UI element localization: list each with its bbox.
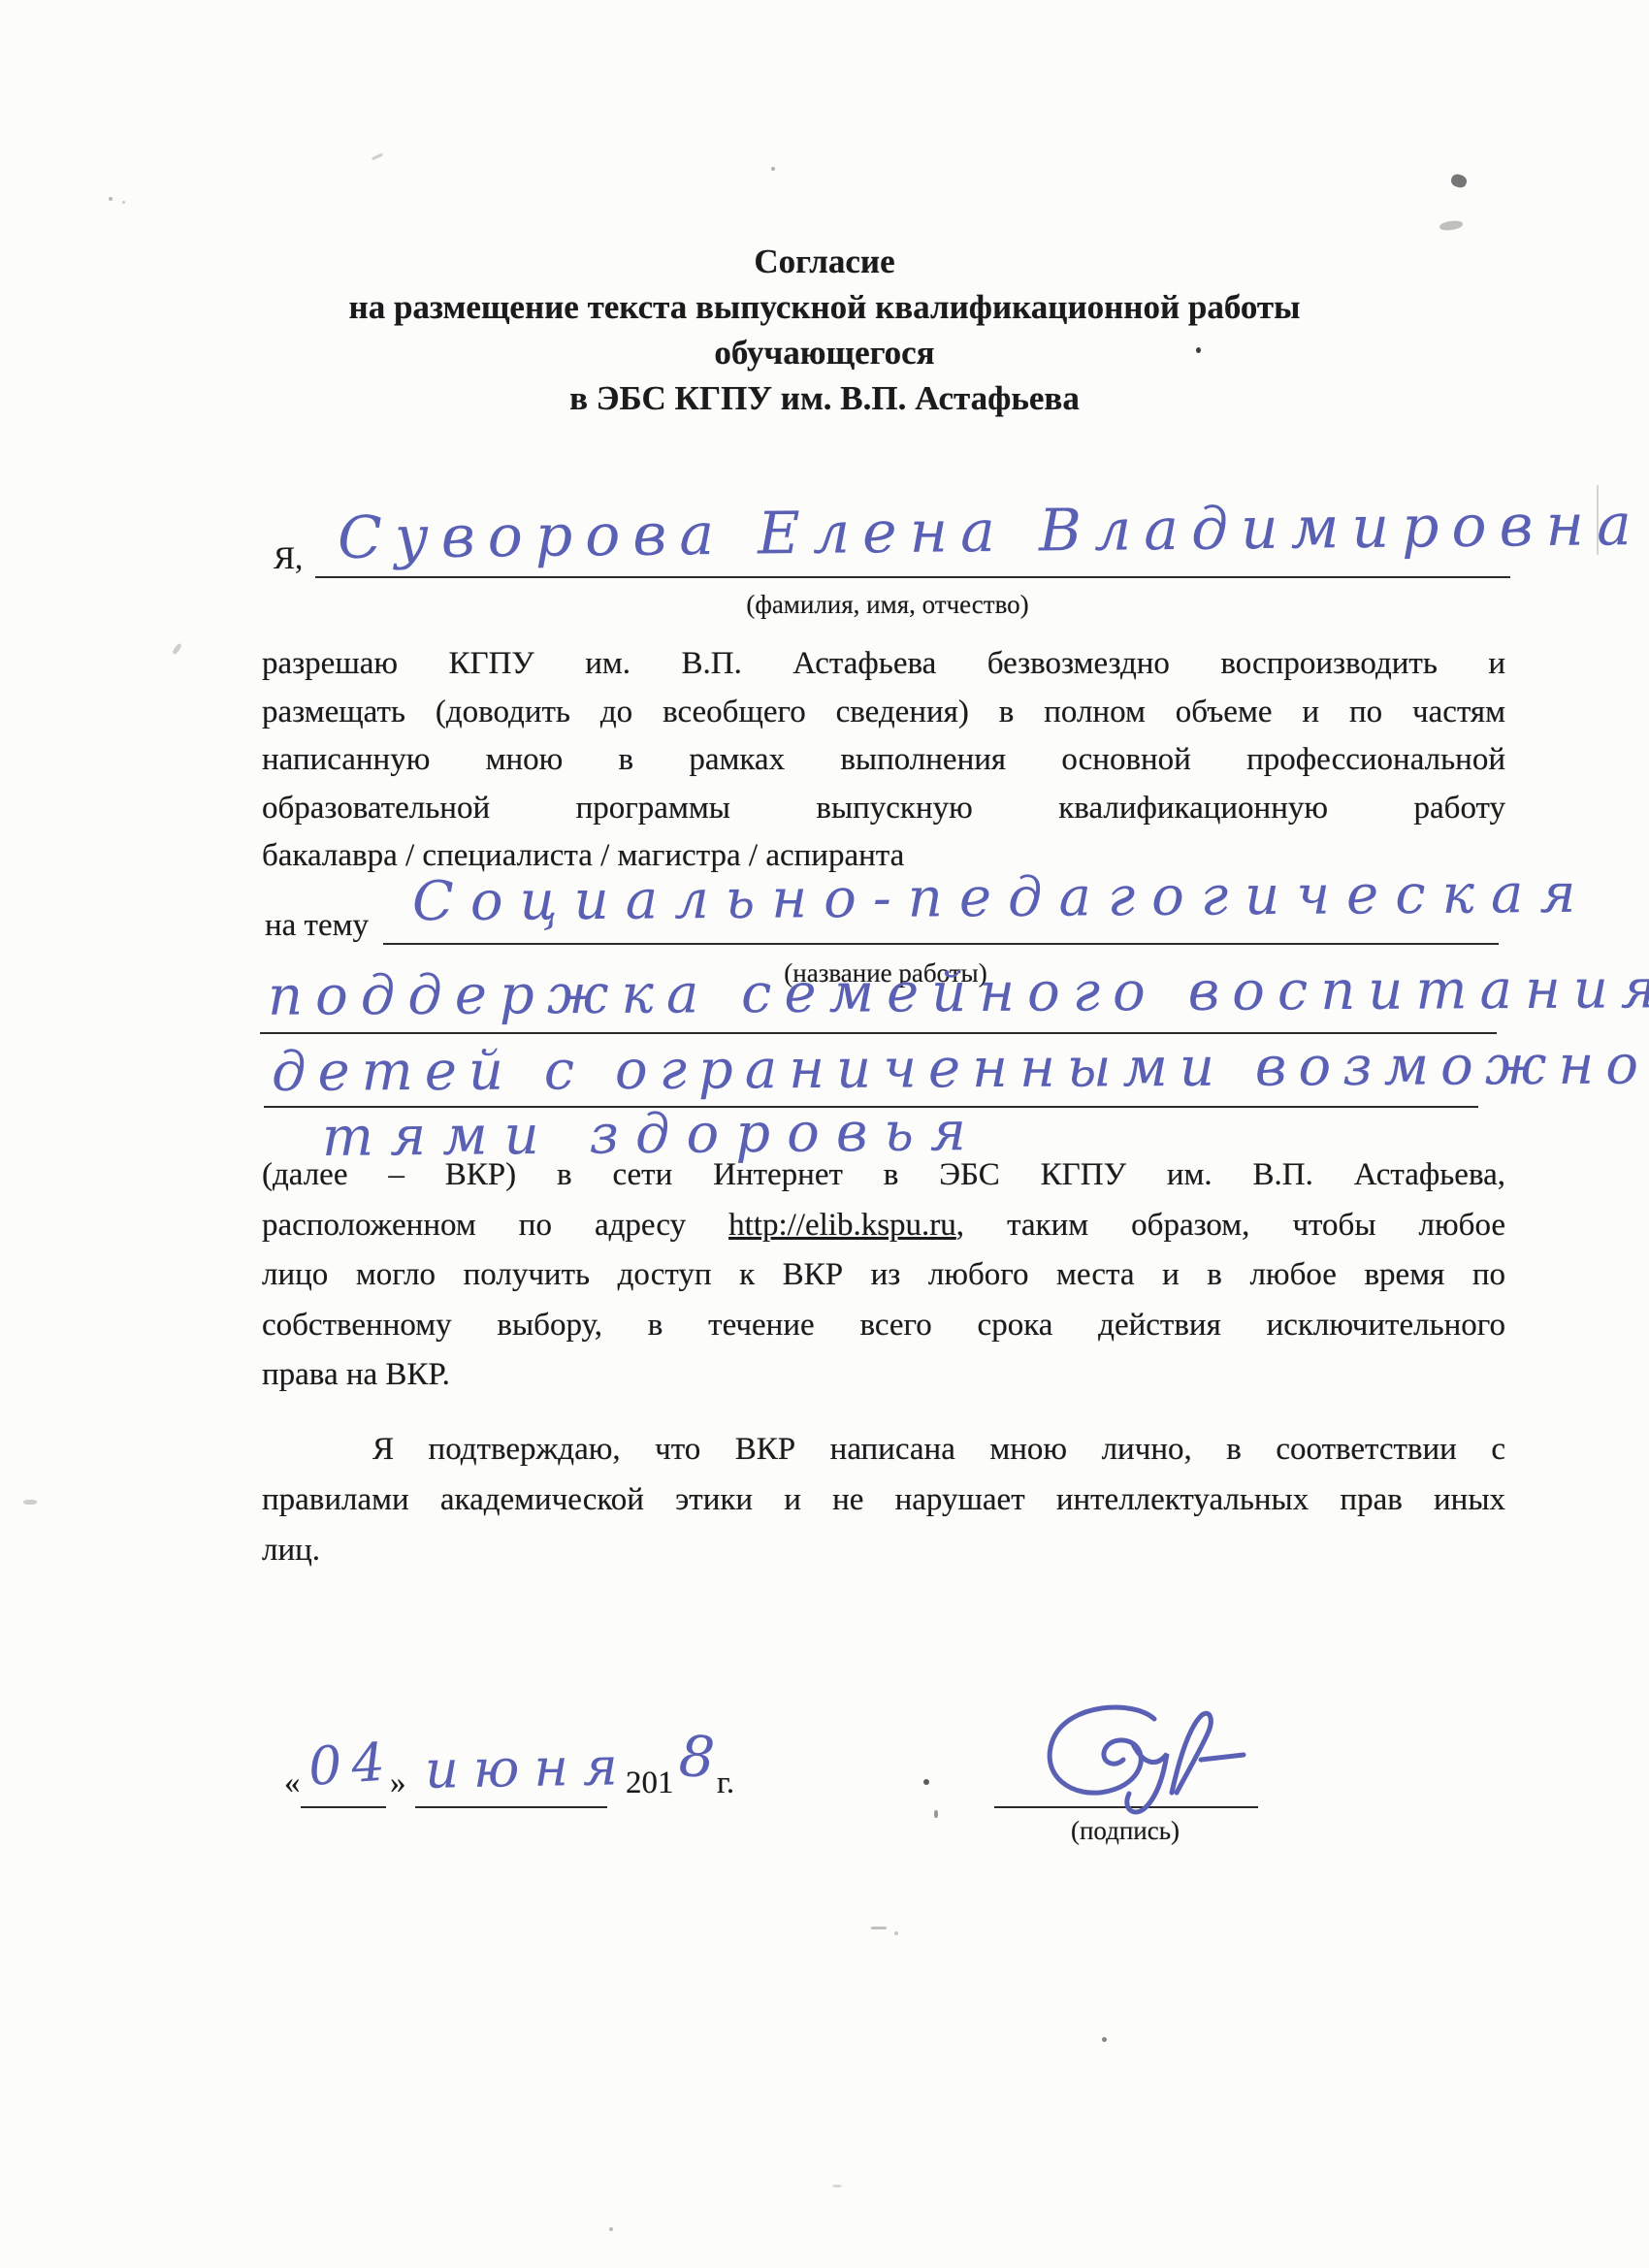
placement-line-text: , таким образом, чтобы любое: [956, 1208, 1505, 1243]
confirmation-paragraph: Я подтверждаю, что ВКР написана мною лич…: [262, 1424, 1505, 1575]
title-line-3: обучающегося: [0, 330, 1649, 375]
topic-handwritten-line-3: детей с ограниченными возможнос-: [272, 1038, 1649, 1100]
scan-speck: [832, 2185, 842, 2187]
placement-paragraph: (далее – ВКР) в сети Интернет в ЭБС КГПУ…: [262, 1150, 1505, 1401]
declarant-name-handwritten: Суворова Елена Владимировна: [338, 496, 1644, 567]
date-year-suffix: г.: [717, 1766, 734, 1801]
scan-speck: [172, 643, 182, 656]
scan-speck: [871, 1927, 887, 1929]
scan-speck: [934, 1810, 938, 1818]
date-month-underline: [415, 1806, 607, 1808]
scanned-consent-document: Согласие на размещение текста выпускной …: [0, 0, 1649, 2268]
fio-caption: (фамилия, имя, отчество): [601, 590, 1174, 620]
topic-label: на тему: [265, 908, 369, 944]
name-blank-underline: [315, 576, 1510, 578]
permission-paragraph: разрешаю КГПУ им. В.П. Астафьева безвозм…: [262, 640, 1505, 881]
date-quote-open: «: [284, 1766, 301, 1801]
elib-link: http://elib.kspu.ru: [728, 1208, 956, 1243]
permission-line: образовательной программы выпускную квал…: [262, 785, 1505, 833]
document-title: Согласие на размещение текста выпускной …: [0, 239, 1649, 421]
title-line-4: в ЭБС КГПУ им. В.П. Астафьева: [0, 375, 1649, 421]
title-line-1: Согласие: [0, 239, 1649, 284]
date-day-handwritten: 04: [307, 1735, 396, 1794]
signature-scribble: [1009, 1700, 1251, 1821]
placement-line: расположенном по адресу http://elib.kspu…: [262, 1201, 1505, 1251]
confirmation-line: Я подтверждаю, что ВКР написана мною лич…: [262, 1424, 1505, 1474]
date-day-underline: [301, 1806, 386, 1808]
date-month-handwritten: июня: [425, 1740, 633, 1797]
placement-line: права на ВКР.: [262, 1350, 1505, 1401]
permission-line: разрешаю КГПУ им. В.П. Астафьева безвозм…: [262, 640, 1505, 689]
placement-line-text: расположенном по адресу: [262, 1208, 686, 1243]
placement-line: собственному выбору, в течение всего сро…: [262, 1301, 1505, 1351]
title-line-2: на размещение текста выпускной квалифика…: [0, 284, 1649, 330]
scan-speck: [122, 201, 125, 204]
topic-blank-underline: [383, 943, 1499, 945]
date-year-printed: 201: [626, 1766, 674, 1801]
scan-speck: [372, 153, 383, 161]
scan-speck: [923, 1779, 929, 1785]
scan-speck: [23, 1500, 37, 1505]
topic-handwritten-line-2: поддержка семейного воспитания: [268, 962, 1649, 1024]
scan-speck: [109, 197, 113, 201]
scan-speck: [894, 1931, 898, 1935]
confirmation-line: правилами академической этики и не наруш…: [262, 1474, 1505, 1525]
permission-line: размещать (доводить до всеобщего сведени…: [262, 689, 1505, 737]
declarant-prefix: Я,: [274, 541, 303, 577]
placement-line: (далее – ВКР) в сети Интернет в ЭБС КГПУ…: [262, 1150, 1505, 1201]
date-quote-close: »: [390, 1766, 406, 1801]
scan-speck: [1102, 2037, 1107, 2042]
scan-speck: [609, 2227, 613, 2231]
confirmation-line: лиц.: [262, 1525, 1505, 1575]
scan-smudge: [1449, 173, 1468, 189]
scan-speck: [771, 167, 775, 171]
topic-handwritten-line-1: Социально-педагогическая: [412, 867, 1593, 929]
topic-blank-underline: [260, 1032, 1497, 1034]
placement-line: лицо могло получить доступ к ВКР из любо…: [262, 1250, 1505, 1301]
permission-line: написанную мною в рамках выполнения осно…: [262, 736, 1505, 785]
signature-caption: (подпись): [999, 1816, 1251, 1846]
scan-smudge: [1439, 219, 1463, 231]
date-year-digit-handwritten: 8: [678, 1728, 717, 1786]
